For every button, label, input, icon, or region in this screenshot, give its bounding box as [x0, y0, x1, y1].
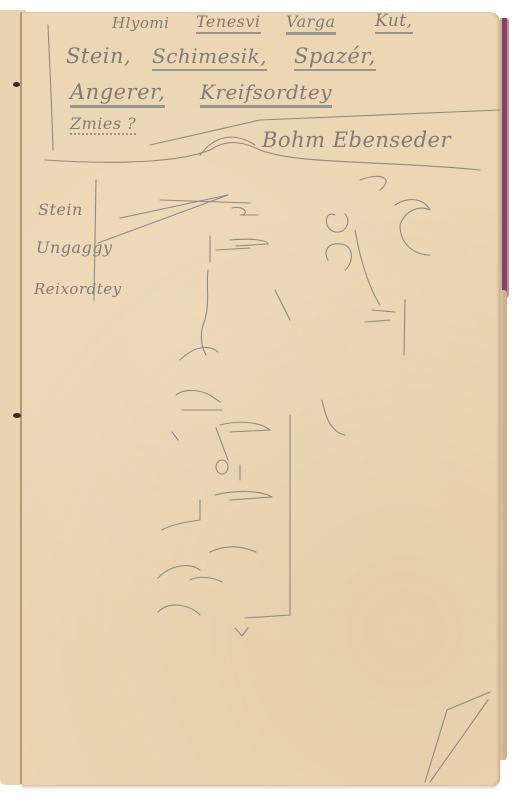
pencil-sketches: [0, 0, 521, 800]
margin-line: [48, 25, 53, 150]
